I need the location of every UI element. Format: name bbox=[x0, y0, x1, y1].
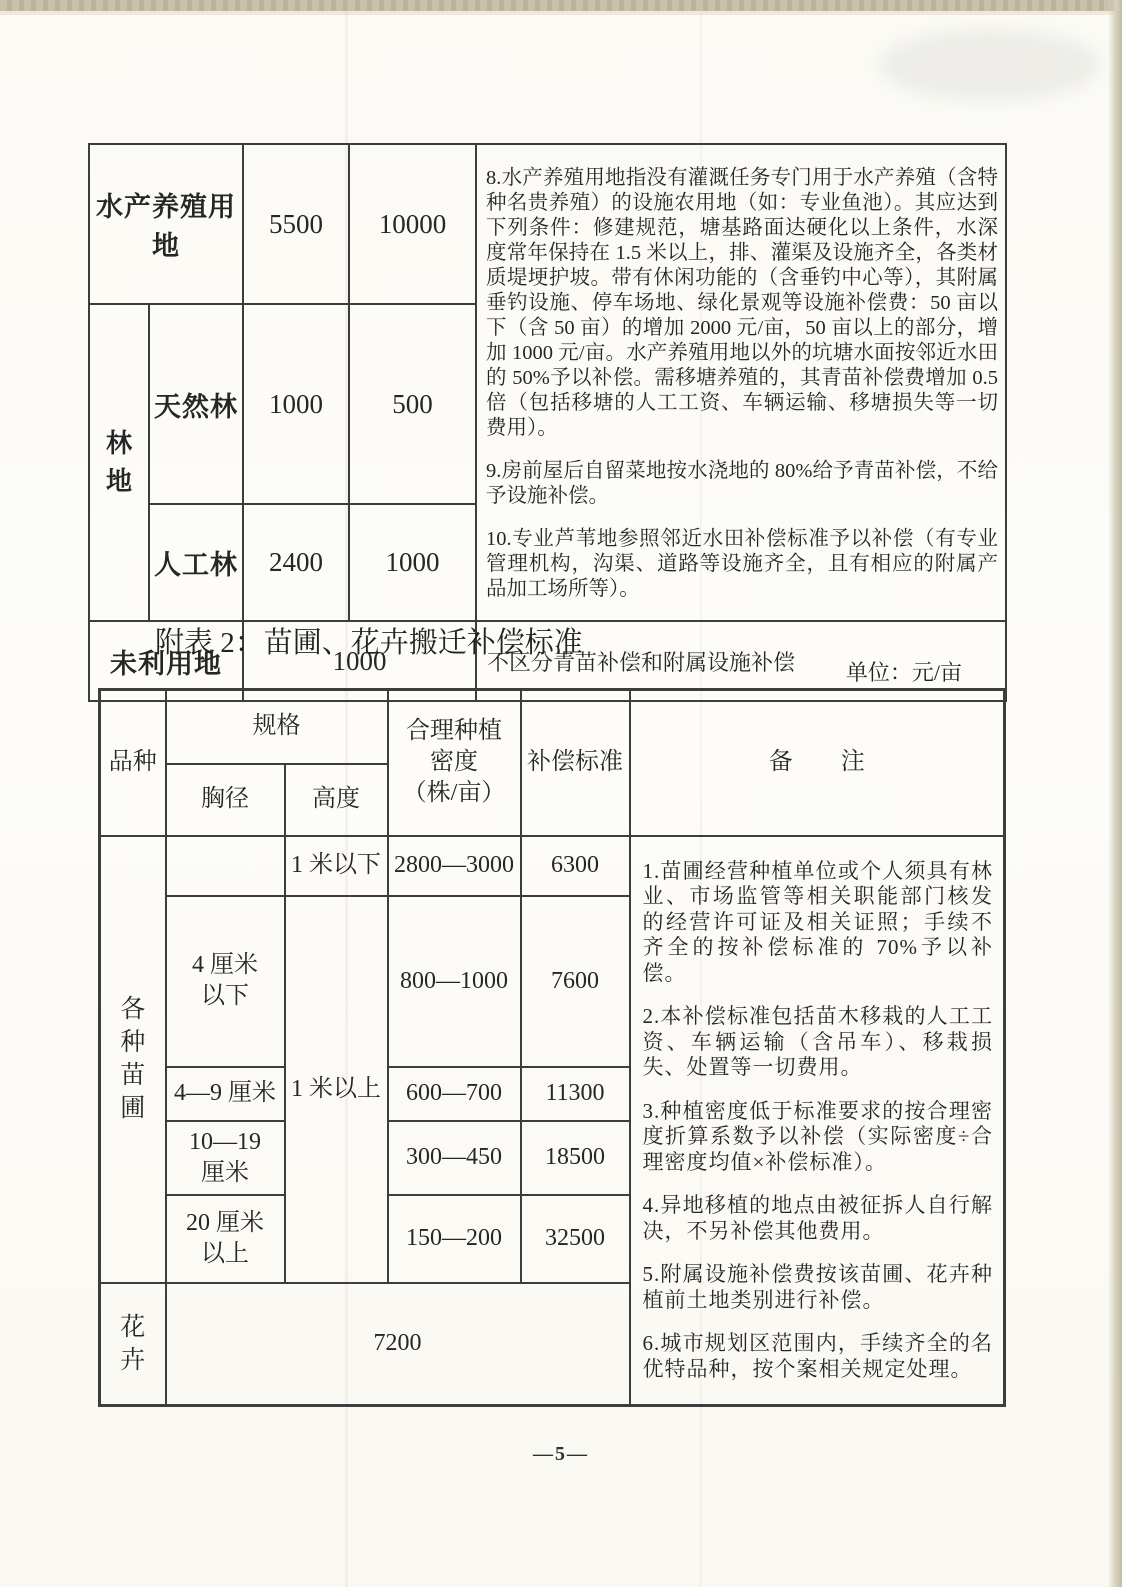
cell-aquaculture-facility-comp: 10000 bbox=[349, 144, 476, 304]
cell-height-above-merged: 1 米以上 bbox=[285, 896, 388, 1283]
cell-artificial-forest-facility-comp: 1000 bbox=[349, 504, 476, 621]
cell-row5-dbh: 20 厘米 以上 bbox=[166, 1195, 285, 1283]
cell-nursery-group-label: 各 种 苗 圃 bbox=[100, 836, 166, 1283]
cell-row3-dbh: 4—9 厘米 bbox=[166, 1067, 285, 1121]
cell-table1-remarks: 8.水产养殖用地指没有灌溉任务专门用于水产养殖（含特种名贵养殖）的设施农用地（如… bbox=[476, 144, 1006, 621]
cell-flower-value: 7200 bbox=[166, 1283, 630, 1406]
header-standard: 补偿标准 bbox=[521, 690, 630, 836]
cell-row1-standard: 6300 bbox=[521, 836, 630, 896]
table2-note-3: 3.种植密度低于标准要求的按合理密度折算系数予以补偿（实际密度÷合理密度均值×补… bbox=[643, 1099, 994, 1176]
scanned-page: 水产养殖用地 5500 10000 8.水产养殖用地指没有灌溉任务专门用于水产养… bbox=[0, 0, 1122, 1587]
cell-row2-dbh: 4 厘米 以下 bbox=[166, 896, 285, 1067]
cell-row4-density: 300—450 bbox=[388, 1121, 521, 1195]
header-remark: 备 注 bbox=[630, 690, 1005, 836]
scan-top-edge bbox=[0, 0, 1122, 11]
cell-natural-forest-label: 天然林 bbox=[149, 304, 243, 504]
cell-table2-remarks: 1.苗圃经营种植单位或个人须具有林业、市场监管等相关职能部门核发的经营许可证及相… bbox=[630, 836, 1005, 1406]
cell-natural-forest-green-comp: 1000 bbox=[243, 304, 349, 504]
cell-row3-standard: 11300 bbox=[521, 1067, 630, 1121]
cell-row1-dbh-empty bbox=[166, 836, 285, 896]
land-compensation-table: 水产养殖用地 5500 10000 8.水产养殖用地指没有灌溉任务专门用于水产养… bbox=[88, 143, 1007, 702]
header-species: 品种 bbox=[100, 690, 166, 836]
nursery-flower-compensation-table: 品种 规格 合理种植 密度 （株/亩） 补偿标准 备 注 胸径 高度 各 种 苗… bbox=[98, 688, 1006, 1407]
header-dbh: 胸径 bbox=[166, 764, 285, 836]
cell-aquaculture-label: 水产养殖用地 bbox=[89, 144, 243, 304]
table2-note-1: 1.苗圃经营种植单位或个人须具有林业、市场监管等相关职能部门核发的经营许可证及相… bbox=[643, 859, 994, 987]
cell-artificial-forest-green-comp: 2400 bbox=[243, 504, 349, 621]
scan-right-edge bbox=[1108, 0, 1122, 1587]
cell-row5-standard: 32500 bbox=[521, 1195, 630, 1283]
cell-row3-density: 600—700 bbox=[388, 1067, 521, 1121]
cell-row4-standard: 18500 bbox=[521, 1121, 630, 1195]
scan-top-fade bbox=[0, 11, 1122, 15]
header-spec: 规格 bbox=[166, 690, 388, 764]
table2-note-2: 2.本补偿标准包括苗木移栽的人工工资、车辆运输（含吊车）、移栽损失、处置等一切费… bbox=[643, 1004, 994, 1081]
cell-row2-standard: 7600 bbox=[521, 896, 630, 1067]
page-number: —5— bbox=[0, 1443, 1122, 1466]
cell-aquaculture-green-comp: 5500 bbox=[243, 144, 349, 304]
cell-row2-density: 800—1000 bbox=[388, 896, 521, 1067]
cell-natural-forest-facility-comp: 500 bbox=[349, 304, 476, 504]
cell-artificial-forest-label: 人工林 bbox=[149, 504, 243, 621]
cell-row4-dbh: 10—19 厘米 bbox=[166, 1121, 285, 1195]
cell-row5-density: 150—200 bbox=[388, 1195, 521, 1283]
unit-label: 单位：元/亩 bbox=[846, 656, 962, 687]
cell-flower-label: 花 卉 bbox=[100, 1283, 166, 1406]
table1-note-8: 8.水产养殖用地指没有灌溉任务专门用于水产养殖（含特种名贵养殖）的设施农用地（如… bbox=[486, 166, 998, 441]
table2-note-6: 6.城市规划区范围内，手续齐全的名优特品种，按个案相关规定处理。 bbox=[643, 1331, 994, 1382]
table2-note-4: 4.异地移植的地点由被征拆人自行解决，不另补偿其他费用。 bbox=[643, 1193, 994, 1244]
header-height: 高度 bbox=[285, 764, 388, 836]
cell-row1-height: 1 米以下 bbox=[285, 836, 388, 896]
table1-note-10: 10.专业芦苇地参照邻近水田补偿标准予以补偿（有专业管理机构，沟渠、道路等设施齐… bbox=[486, 527, 998, 602]
cell-row1-density: 2800—3000 bbox=[388, 836, 521, 896]
header-density: 合理种植 密度 （株/亩） bbox=[388, 690, 521, 836]
scan-smudge bbox=[880, 30, 1100, 100]
table1-note-9: 9.房前屋后自留菜地按水浇地的 80%给予青苗补偿，不给予设施补偿。 bbox=[486, 459, 998, 509]
table2-note-5: 5.附属设施补偿费按该苗圃、花卉种植前土地类别进行补偿。 bbox=[643, 1262, 994, 1313]
cell-forest-group-label: 林 地 bbox=[89, 304, 149, 621]
table2-title: 附表 2：苗圃、花卉搬迁补偿标准 bbox=[155, 620, 583, 661]
